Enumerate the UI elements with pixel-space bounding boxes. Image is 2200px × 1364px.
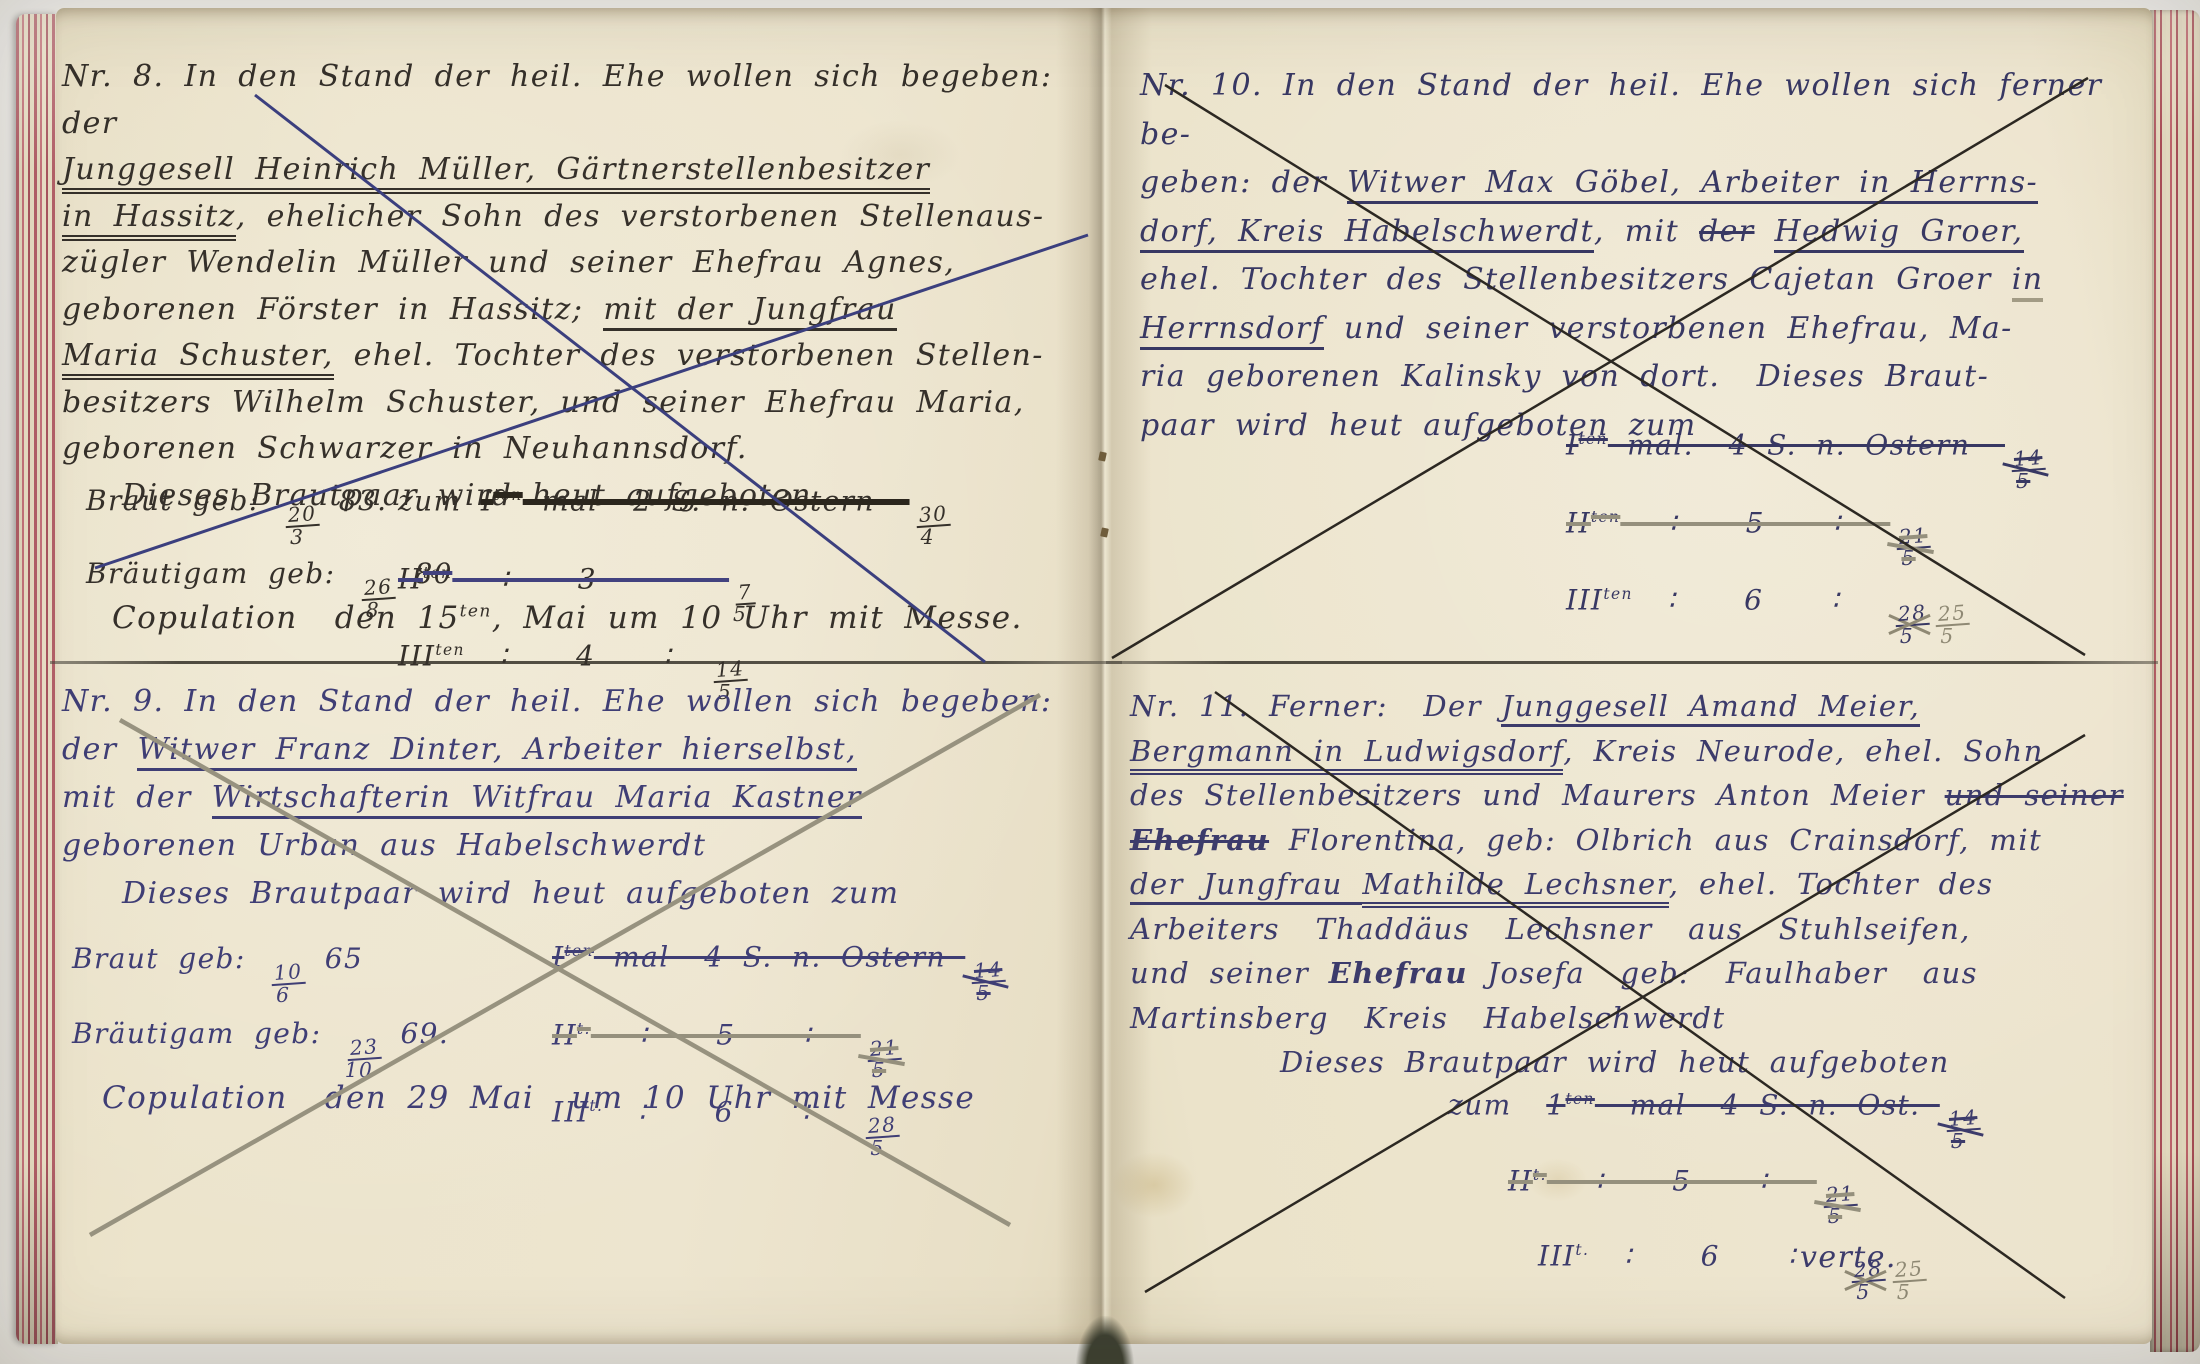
entry-nr11-body: Nr. 11. Ferner: Der Junggesell Amand Mei…	[1130, 684, 2150, 1085]
handwritten-line: Dieses Brautpaar wird heut aufgeboten zu…	[62, 870, 1097, 918]
handwritten-line: Bergmann in Ludwigsdorf, Kreis Neurode, …	[1130, 729, 2150, 774]
text-segment: und seiner verstorbenen Ehefrau, Ma-	[1324, 311, 2013, 346]
text-segment: I	[552, 940, 564, 973]
text-segment: t.	[1533, 1166, 1547, 1184]
entry-nr9-body: Nr. 9. In den Stand der heil. Ehe wollen…	[62, 678, 1097, 918]
handwritten-line: mit der Wirtschafterin Witfrau Maria Kas…	[62, 774, 1097, 822]
text-segment: ten	[493, 486, 522, 504]
handwritten-line: zum 1ten mal 4 S. n. Ost. 145	[1448, 1076, 1980, 1152]
text-segment: ehel. Tochter des Stellenbesitzers Cajet…	[1140, 262, 2012, 297]
text-segment: Braut geb:	[72, 942, 265, 975]
handwritten-line: des Stellenbesitzers und Maurers Anton M…	[1130, 773, 2150, 818]
text-segment: , ehel. Tochter des	[1669, 867, 1994, 901]
text-segment: ten	[460, 602, 492, 622]
handwritten-line: Nr. 11. Ferner: Der Junggesell Amand Mei…	[1130, 684, 2150, 729]
text-segment: 65	[305, 942, 363, 975]
text-segment: Junggesell Amand Meier,	[1501, 689, 1920, 727]
text-segment: Herrnsdorf	[1140, 311, 1324, 350]
book-fore-edge-left	[16, 14, 58, 1344]
text-segment: II	[1508, 1164, 1533, 1197]
entry-divider-right-page	[1106, 661, 2158, 664]
text-segment: geben: der	[1140, 165, 1347, 200]
text-segment: Ferner: Der	[1269, 689, 1501, 723]
text-segment: t.	[1575, 1241, 1589, 1259]
handwritten-line: Braut geb: 106 65	[72, 930, 449, 1005]
handwritten-line: zum Iten mal 2 S. n. Ostern 304	[398, 470, 950, 548]
text-segment: ∶ 5 ∶	[591, 1018, 861, 1051]
handwritten-line: Iten mal. 4 S. n. Ostern 145	[1566, 414, 2045, 492]
text-segment: I	[481, 484, 493, 517]
entry-nr11-banns-dates: zum 1ten mal 4 S. n. Ost. 145IIt. ∶ 5 ∶ …	[1448, 1076, 1980, 1303]
entry-nr9-copulation: Copulation den 29 Mai um 10 Uhr mit Mess…	[102, 1080, 975, 1116]
text-segment: ∶ 5 ∶	[1620, 506, 1890, 539]
text-segment: Wirtschafterin Witfrau Maria Kastner	[212, 780, 862, 819]
text-segment: der	[1699, 214, 1755, 249]
text-segment: geborenen Urban aus Habelschwerdt	[62, 828, 706, 863]
paper-stain	[1112, 1152, 1196, 1218]
text-segment: I	[1566, 428, 1578, 461]
text-segment: 69.	[381, 1017, 449, 1050]
handwritten-line: Herrnsdorf und seiner verstorbenen Ehefr…	[1140, 305, 2152, 354]
text-segment: und seiner	[1130, 956, 1329, 990]
handwritten-line: dorf, Kreis Habelschwerdt, mit der Hedwi…	[1140, 208, 2152, 257]
text-segment: III	[1566, 583, 1603, 616]
handwritten-line: Bräutigam geb: 2310 69.	[72, 1005, 449, 1080]
text-segment: In den Stand der heil. Ehe wollen sich b…	[184, 684, 1052, 719]
text-segment: zügler Wendelin Müller und seiner Ehefra…	[62, 245, 955, 280]
text-segment: III	[1538, 1239, 1575, 1272]
handwritten-line: in Hassitz, ehelicher Sohn des verstorbe…	[62, 194, 1097, 241]
handwritten-line: zügler Wendelin Müller und seiner Ehefra…	[62, 240, 1097, 287]
text-segment: Dieses Brautpaar wird heut aufgeboten	[1280, 1045, 1950, 1079]
text-segment: Witwer Franz Dinter, Arbeiter hierselbst…	[137, 732, 856, 771]
date-fraction: 215	[1893, 526, 1927, 569]
text-segment: in Hassitz	[62, 199, 236, 241]
text-segment: t.	[577, 1020, 591, 1038]
date-fraction: 145	[2008, 448, 2042, 491]
text-segment: ten	[1578, 430, 1607, 448]
text-segment: mal 4 S. n. Ostern	[594, 940, 965, 973]
text-segment: Maria Schuster,	[62, 338, 334, 380]
text-segment: der Jungfrau	[1130, 867, 1362, 905]
handwritten-line: Copulation den 29 Mai um 10 Uhr mit Mess…	[102, 1080, 975, 1116]
book-fore-edge-right	[2150, 10, 2200, 1352]
handwritten-line: Junggesell Heinrich Müller, Gärtnerstell…	[62, 147, 1097, 194]
date-fraction: 255	[1932, 603, 1966, 646]
date-fraction: 215	[1820, 1184, 1854, 1227]
text-segment: Dieses Brautpaar wird heut aufgeboten zu…	[122, 876, 900, 911]
verte-note: verte.	[1800, 1240, 1897, 1275]
handwritten-line: geborenen Förster in Hassitz; mit der Ju…	[62, 287, 1097, 334]
text-segment: zum	[398, 484, 481, 517]
entry-nr8-copulation: Copulation den 15ten, Mai um 10 Uhr mit …	[112, 600, 1023, 636]
entry-nr9-birthdates: Braut geb: 106 65Bräutigam geb: 2310 69.	[72, 930, 449, 1080]
handwritten-line: IIIten ∶ 6 ∶ 285255	[1566, 569, 2045, 647]
text-segment: II	[398, 562, 423, 595]
text-segment: und seiner	[1945, 778, 2124, 812]
handwritten-line: Copulation den 15ten, Mai um 10 Uhr mit …	[112, 600, 1023, 636]
handwritten-line: geborenen Schwarzer in Neuhannsdorf.	[62, 426, 1097, 473]
handwritten-line: Arbeiters Thaddäus Lechsner aus Stuhlsei…	[1130, 907, 2150, 952]
text-segment: Florentina, geb: Olbrich aus Crainsdorf,…	[1269, 823, 2042, 857]
text-segment: Bräutigam geb:	[86, 557, 355, 590]
text-segment: Braut geb:	[86, 484, 279, 517]
text-segment: Bergmann in Ludwigsdorf	[1130, 734, 1563, 775]
handwritten-line: Martinsberg Kreis Habelschwerdt	[1130, 996, 2150, 1041]
text-segment: Nr. 8.	[62, 59, 184, 94]
entry-nr9-banns-dates: Iten mal 4 S. n. Ostern 145IIt. ∶ 5 ∶ 21…	[552, 926, 1006, 1159]
register-spread: Nr. 8. In den Stand der heil. Ehe wollen…	[0, 0, 2200, 1364]
handwritten-line: Iten mal 4 S. n. Ostern 145	[552, 926, 1006, 1004]
text-segment: geborenen Förster in Hassitz;	[62, 292, 603, 327]
text-segment: Ehefrau	[1130, 823, 1269, 857]
handwritten-line: Ehefrau Florentina, geb: Olbrich aus Cra…	[1130, 818, 2150, 863]
text-segment: Mathilde Lechsner	[1362, 867, 1668, 908]
date-fraction: 2310	[344, 1037, 378, 1080]
handwritten-line: Nr. 8. In den Stand der heil. Ehe wollen…	[62, 54, 1097, 147]
text-segment: ten	[1603, 585, 1632, 603]
text-segment: Bräutigam geb:	[72, 1017, 341, 1050]
text-segment: ten	[423, 564, 452, 582]
entry-nr10-body: Nr. 10. In den Stand der heil. Ehe wolle…	[1140, 62, 2152, 450]
text-segment: Arbeiters Thaddäus Lechsner aus Stuhlsei…	[1130, 912, 1971, 946]
text-segment: ∶ 5 ∶	[1547, 1164, 1817, 1197]
text-segment: III	[398, 639, 435, 672]
binding-shadow	[1076, 1316, 1134, 1364]
entry-nr10-banns-dates: Iten mal. 4 S. n. Ostern 145IIten ∶ 5 ∶ …	[1566, 414, 2045, 647]
text-segment: mal 2 S. n. Ostern	[523, 484, 910, 517]
date-fraction: 145	[1943, 1108, 1977, 1151]
text-segment: 1	[1546, 1088, 1565, 1121]
text-segment: II	[1566, 506, 1591, 539]
text-segment: besitzers Wilhelm Schuster, und seiner E…	[62, 385, 1025, 420]
handwritten-line: der Witwer Franz Dinter, Arbeiter hierse…	[62, 726, 1097, 774]
text-segment: mit der Jungfrau	[603, 292, 896, 331]
text-segment: In den Stand der heil. Ehe wollen sich b…	[62, 59, 1072, 141]
text-segment: , mit	[1594, 214, 1699, 249]
handwritten-line: geben: der Witwer Max Göbel, Arbeiter in…	[1140, 159, 2152, 208]
entry-nr8-banns-dates: zum Iten mal 2 S. n. Ostern 304IIten ∶ 3…	[398, 470, 950, 703]
handwritten-line: IIIt. ∶ 6 ∶ 285255	[1448, 1227, 1980, 1303]
text-segment: des Stellenbesitzers und Maurers Anton M…	[1130, 778, 1945, 812]
text-segment: ∶ 6 ∶	[1633, 583, 1889, 616]
text-segment: ehel. Tochter des verstorbenen Stellen-	[334, 338, 1044, 373]
handwritten-line: IIten ∶ 5 ∶ 215	[1566, 492, 2045, 570]
text-segment: Nr. 11.	[1130, 689, 1269, 723]
text-segment: In den Stand der heil. Ehe wollen sich f…	[1140, 68, 2122, 152]
date-fraction: 304	[913, 504, 947, 547]
handwritten-line: und seiner Ehefrau Josefa geb: Faulhaber…	[1130, 951, 2150, 996]
date-fraction: 203	[282, 504, 316, 547]
text-segment: Ehefrau	[1329, 956, 1468, 990]
handwritten-line: Maria Schuster, ehel. Tochter des versto…	[62, 333, 1097, 380]
date-fraction: 285	[1892, 603, 1926, 646]
handwritten-line: besitzers Wilhelm Schuster, und seiner E…	[62, 380, 1097, 427]
handwritten-line: geborenen Urban aus Habelschwerdt	[62, 822, 1097, 870]
text-segment: der	[62, 732, 137, 767]
handwritten-line: ria geborenen Kalinsky von dort. Dieses …	[1140, 353, 2152, 402]
handwritten-line: IIt. ∶ 5 ∶ 215	[1448, 1152, 1980, 1228]
date-fraction: 106	[268, 962, 302, 1005]
text-segment: Nr. 9.	[62, 684, 184, 719]
text-segment: mal 4 S. n. Ost.	[1595, 1088, 1940, 1121]
text-segment: Martinsberg Kreis Habelschwerdt	[1130, 1001, 1725, 1035]
handwritten-line: IIt. ∶ 5 ∶ 215	[552, 1004, 1006, 1082]
text-segment: Josefa geb: Faulhaber aus	[1468, 956, 1978, 990]
text-segment: ∶ 4 ∶	[465, 639, 707, 672]
date-fraction: 285	[862, 1115, 896, 1158]
entry-nr8-body: Nr. 8. In den Stand der heil. Ehe wollen…	[62, 54, 1097, 519]
text-segment: Witwer Max Göbel, Arbeiter in Herrns-	[1347, 165, 2038, 204]
handwritten-line: Nr. 10. In den Stand der heil. Ehe wolle…	[1140, 62, 2152, 159]
text-segment: Nr. 10.	[1140, 68, 1283, 103]
date-fraction: 145	[968, 960, 1002, 1003]
text-segment: 83.	[319, 484, 387, 517]
text-segment: Junggesell Heinrich Müller, Gärtnerstell…	[62, 152, 930, 194]
handwritten-line: ehel. Tochter des Stellenbesitzers Cajet…	[1140, 256, 2152, 305]
text-segment: mal. 4 S. n. Ostern	[1608, 428, 2005, 461]
text-segment: , Kreis Neurode, ehel. Sohn	[1563, 734, 2043, 768]
text-segment: ria geborenen Kalinsky von dort. Dieses …	[1140, 359, 1989, 394]
text-segment	[1755, 214, 1775, 249]
text-segment: Copulation den 29 Mai um 10 Uhr mit Mess…	[102, 1080, 975, 1116]
text-segment: Copulation den 15	[112, 600, 460, 636]
handwritten-line: der Jungfrau Mathilde Lechsner, ehel. To…	[1130, 862, 2150, 907]
text-segment: geborenen Schwarzer in Neuhannsdorf.	[62, 431, 748, 466]
text-segment: , Mai um 10 Uhr mit Messe.	[492, 600, 1023, 636]
text-segment: ten	[564, 942, 593, 960]
text-segment: ∶ 3 —	[452, 562, 729, 595]
text-segment: zum	[1448, 1088, 1546, 1121]
text-segment: mit der	[62, 780, 212, 815]
text-segment: Hedwig Groer,	[1774, 214, 2023, 253]
text-segment: II	[552, 1018, 577, 1051]
text-segment: ten	[1591, 508, 1620, 526]
text-segment: , ehelicher Sohn des verstorbenen Stelle…	[236, 199, 1045, 234]
text-segment: dorf, Kreis Habelschwerdt	[1140, 214, 1594, 253]
text-segment: ten	[435, 641, 464, 659]
text-segment: ten	[1565, 1090, 1594, 1108]
handwritten-line: Nr. 9. In den Stand der heil. Ehe wollen…	[62, 678, 1097, 726]
text-segment: in	[2012, 262, 2044, 302]
date-fraction: 215	[864, 1038, 898, 1081]
